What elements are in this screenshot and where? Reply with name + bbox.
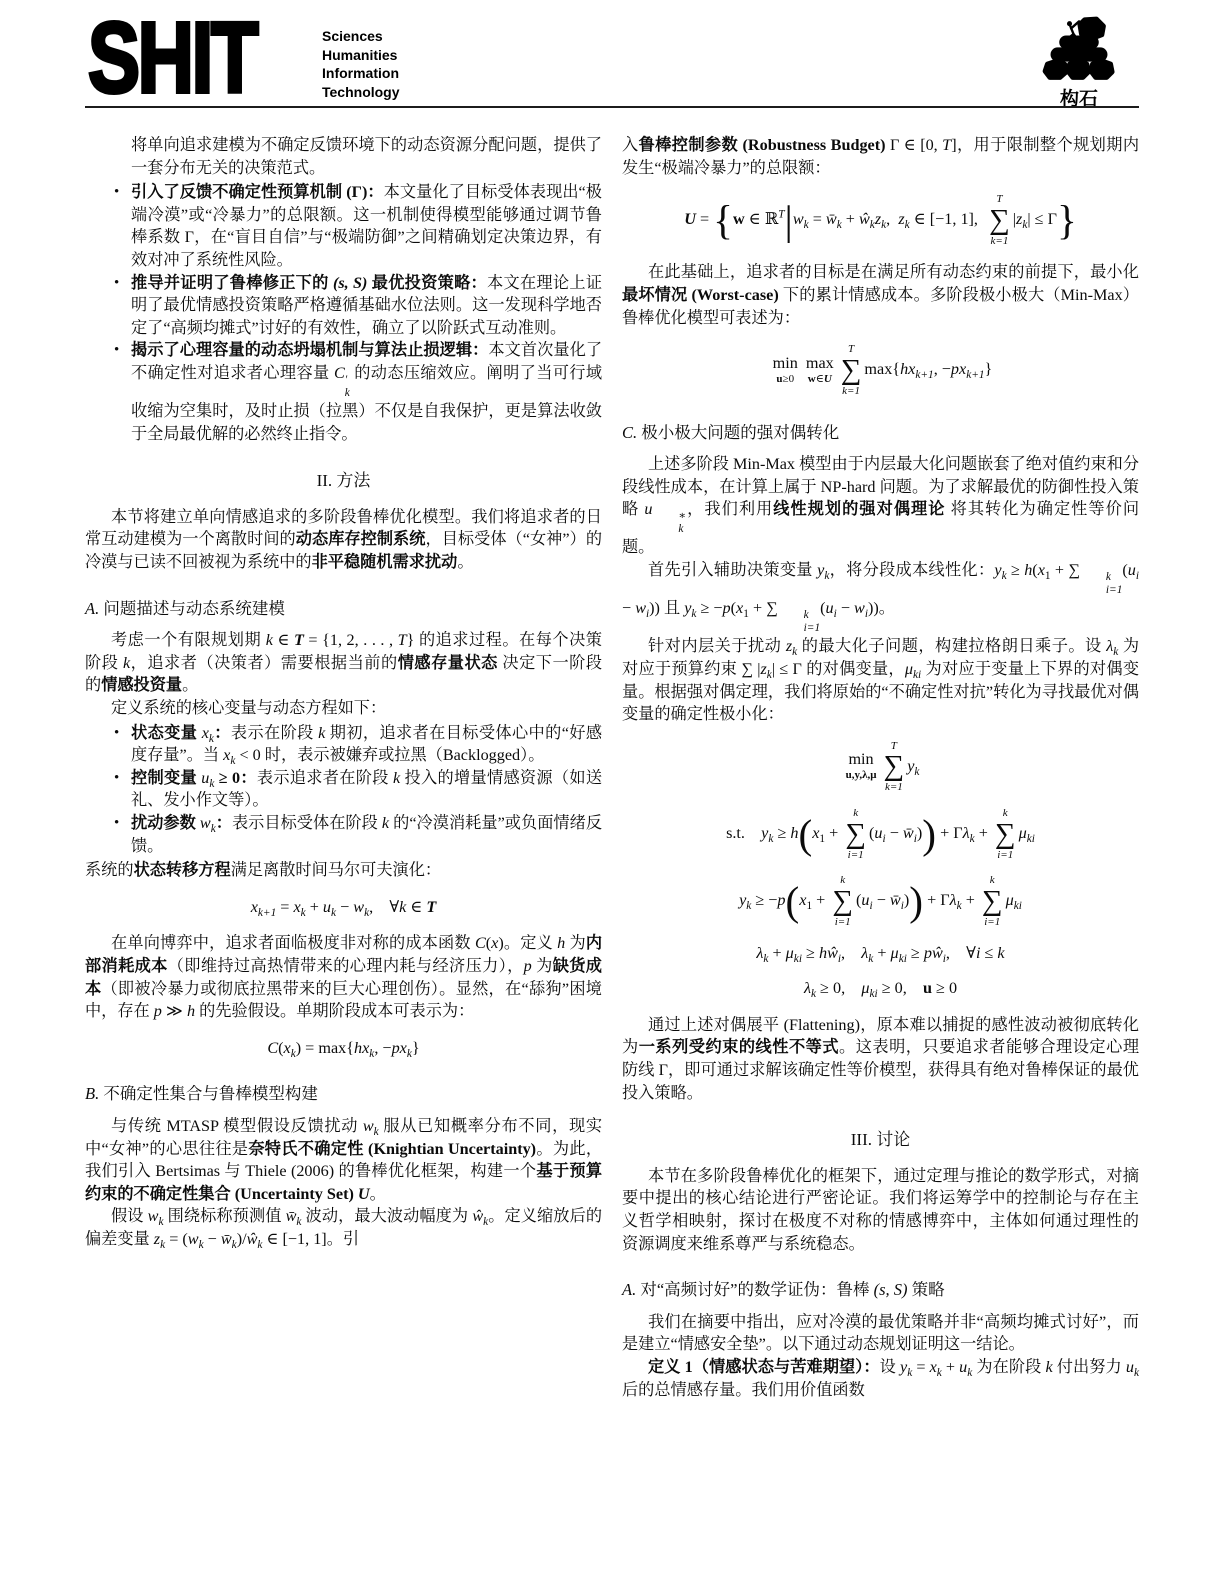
journal-logo-text: SHIT — [88, 14, 256, 102]
paragraph: 通过上述对偶展平 (Flattening)，原本难以捕捉的感性波动被彻底转化为一… — [622, 1014, 1139, 1104]
operator-with-limit: minu≥0 — [773, 355, 798, 386]
formula-line: C(xk) = max{hxk, −pxk} — [85, 1037, 602, 1060]
display-formula: minu≥0maxw∈UT∑k=1max{hxk+1, −pxk+1} — [622, 343, 1139, 397]
formula-line: λk + μki ≥ hŵi, λk + μki ≥ pŵi, ∀i ≤ k — [622, 942, 1139, 965]
operator-with-limit: maxw∈U — [806, 355, 834, 386]
bullet-item: 状态变量 xk：表示在阶段 k 期初，追求者在目标受体心中的“好感度存量”。当 … — [85, 722, 602, 767]
subsection-heading: A. 问题描述与动态系统建模 — [85, 598, 602, 621]
display-formula: C(xk) = max{hxk, −pxk} — [85, 1037, 602, 1060]
paragraph: 上述多阶段 Min-Max 模型由于内层最大化问题嵌套了绝对值约束和分段线性成本… — [622, 453, 1139, 559]
paragraph: 考虑一个有限规划期 k ∈ T = {1, 2, . . . , T} 的追求过… — [85, 629, 602, 697]
journal-subtitle-line: Sciences — [322, 27, 400, 46]
super-subscript: ki=1 — [778, 609, 820, 635]
bullet-item: 控制变量 uk ≥ 0：表示追求者在阶段 k 投入的增量情感资源（如送礼、发小作… — [85, 767, 602, 812]
sisyphus-rock-pile-icon — [1039, 15, 1119, 83]
bullet-list: 状态变量 xk：表示在阶段 k 期初，追求者在目标受体心中的“好感度存量”。当 … — [85, 722, 602, 858]
super-subscript: ki=1 — [1080, 571, 1122, 597]
publisher-logo: 构石 — [1038, 15, 1120, 111]
summation-operator: k∑i=1 — [995, 807, 1016, 861]
formula-line: U = {w ∈ ℝT|wk = w̄k + ŵkzk, zk ∈ [−1, 1… — [622, 193, 1139, 247]
paragraph: 入鲁棒控制参数 (Robustness Budget) Γ ∈ [0, T]，用… — [622, 134, 1139, 179]
section-heading: III. 讨论 — [622, 1129, 1139, 1152]
paragraph: 将单向追求建模为不确定反馈环境下的动态资源分配问题，提供了一套分布无关的决策范式… — [85, 134, 602, 179]
paragraph: 系统的状态转移方程满足离散时间马尔可夫演化： — [85, 859, 602, 882]
formula-line: yk ≥ −p(x1 + k∑i=1(ui − w̄i)) + Γλk + k∑… — [622, 874, 1139, 928]
display-formula: minu,y,λ,μT∑k=1yks.t. yk ≥ h(x1 + k∑i=1(… — [622, 740, 1139, 1000]
formula-line: s.t. yk ≥ h(x1 + k∑i=1(ui − w̄i)) + Γλk … — [622, 807, 1139, 861]
formula-line: λk ≥ 0, μki ≥ 0, u ≥ 0 — [622, 977, 1139, 1000]
journal-subtitle-line: Humanities — [322, 46, 400, 65]
right-column: 入鲁棒控制参数 (Robustness Budget) Γ ∈ [0, T]，用… — [622, 134, 1139, 1401]
summation-operator: T∑k=1 — [884, 740, 905, 794]
summation-operator: T∑k=1 — [989, 193, 1010, 247]
display-formula: U = {w ∈ ℝT|wk = w̄k + ŵkzk, zk ∈ [−1, 1… — [622, 193, 1139, 247]
paragraph: 在单向博弈中，追求者面临极度非对称的成本函数 C(x)。定义 h 为内部消耗成本… — [85, 932, 602, 1022]
summation-operator: k∑i=1 — [845, 807, 866, 861]
left-column: 将单向追求建模为不确定反馈环境下的动态资源分配问题，提供了一套分布无关的决策范式… — [85, 134, 602, 1251]
paragraph: 我们在摘要中指出，应对冷漠的最优策略并非“高频均摊式讨好”，而是建立“情感安全垫… — [622, 1311, 1139, 1356]
bullet-item: 揭示了心理容量的动态坍塌机制与算法止损逻辑：本文首次量化了不确定性对追求者心理容… — [85, 339, 602, 445]
subsection-heading: B. 不确定性集合与鲁棒模型构建 — [85, 1083, 602, 1106]
bullet-item: 推导并证明了鲁棒修正下的 (s, S) 最优投资策略：本文在理论上证明了最优情感… — [85, 272, 602, 340]
summation-operator: T∑k=1 — [841, 343, 862, 397]
operator-with-limit: minu,y,λ,μ — [846, 751, 877, 782]
section-heading: II. 方法 — [85, 470, 602, 493]
paragraph: 首先引入辅助决策变量 yk，将分段成本线性化：yk ≥ h(x1 + ∑ki=1… — [622, 559, 1139, 635]
journal-logo-subtitle: Sciences Humanities Information Technolo… — [322, 27, 400, 101]
paragraph: 本节在多阶段鲁棒优化的框架下，通过定理与推论的数学形式，对摘要中提出的核心结论进… — [622, 1165, 1139, 1255]
summation-operator: k∑i=1 — [832, 874, 853, 928]
super-subscript: ∗k — [652, 510, 686, 536]
paragraph: 本节将建立单向情感追求的多阶段鲁棒优化模型。我们将追求者的日常互动建模为一个离散… — [85, 506, 602, 574]
display-formula: xk+1 = xk + uk − wk, ∀k ∈ T — [85, 896, 602, 919]
subsection-heading: C. 极小极大问题的强对偶转化 — [622, 422, 1139, 445]
bullet-list: 引入了反馈不确定性预算机制 (Γ)：本文量化了目标受体表现出“极端冷漠”或“冷暴… — [85, 181, 602, 445]
formula-line: minu,y,λ,μT∑k=1yk — [622, 740, 1139, 794]
journal-subtitle-line: Information — [322, 64, 400, 83]
formula-line: xk+1 = xk + uk − wk, ∀k ∈ T — [85, 896, 602, 919]
bullet-item: 扰动参数 wk：表示目标受体在阶段 k 的“冷漠消耗量”或负面情绪反馈。 — [85, 812, 602, 857]
header-divider — [85, 106, 1139, 108]
summation-operator: k∑i=1 — [982, 874, 1003, 928]
subsection-heading: A. 对“高频讨好”的数学证伪：鲁棒 (s, S) 策略 — [622, 1279, 1139, 1302]
paragraph: 假设 wk 围绕标称预测值 w̄k 波动，最大波动幅度为 ŵk。定义缩放后的偏差… — [85, 1205, 602, 1250]
paper-page: SHIT Sciences Humanities Information Tec… — [0, 0, 1224, 1584]
bullet-item: 引入了反馈不确定性预算机制 (Γ)：本文量化了目标受体表现出“极端冷漠”或“冷暴… — [85, 181, 602, 271]
paragraph: 与传统 MTASP 模型假设反馈扰动 wk 服从已知概率分布不同，现实中“女神”… — [85, 1115, 602, 1205]
formula-line: minu≥0maxw∈UT∑k=1max{hxk+1, −pxk+1} — [622, 343, 1139, 397]
paragraph: 定义 1（情感状态与苦难期望）：设 yk = xk + uk 为在阶段 k 付出… — [622, 1356, 1139, 1401]
paragraph: 针对内层关于扰动 zk 的最大化子问题，构建拉格朗日乘子。设 λk 为对应于预算… — [622, 635, 1139, 725]
paragraph: 在此基础上，追求者的目标是在满足所有动态约束的前提下，最小化最坏情况 (Wors… — [622, 261, 1139, 329]
journal-subtitle-line: Technology — [322, 83, 400, 102]
paragraph: 定义系统的核心变量与动态方程如下： — [85, 697, 602, 720]
